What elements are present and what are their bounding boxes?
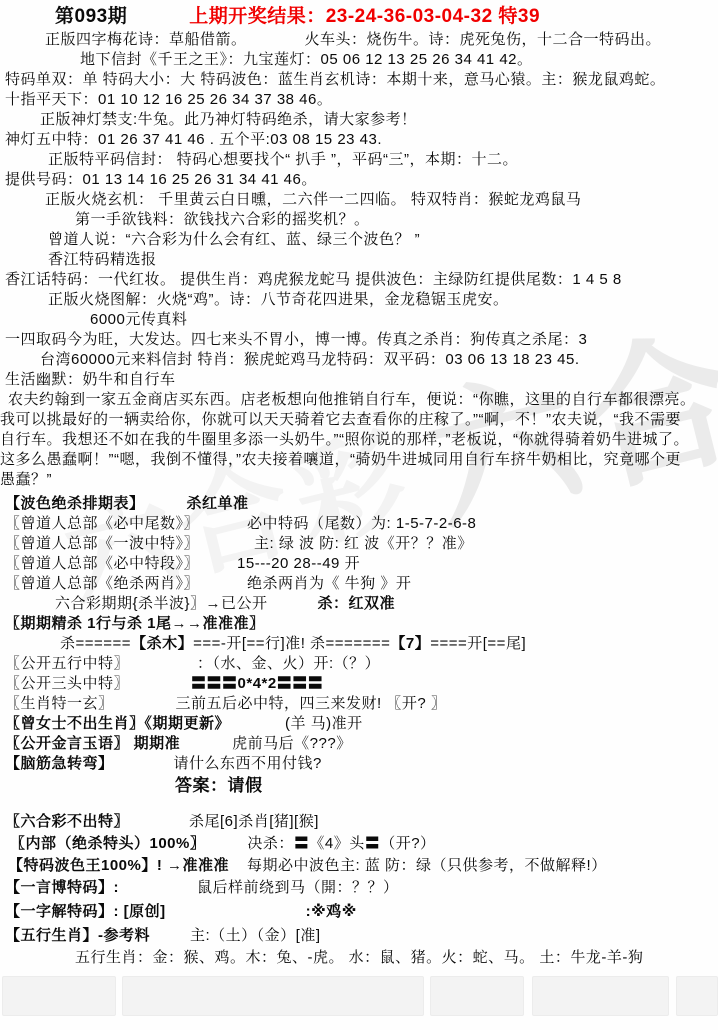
text-segment: 每期必中波色主: 蓝 防：绿（只供参考，不做解释!） bbox=[247, 856, 607, 876]
text-segment: 正版神灯禁支:牛兔。此乃神灯特码绝杀，请大家参考！ bbox=[40, 110, 417, 130]
text-segment: 【脑筋急转弯】 bbox=[5, 754, 114, 774]
text-line: 地下信封《千王之王》：九宝莲灯：05 06 12 13 25 26 34 41 … bbox=[0, 50, 718, 70]
text-segment: 【一言博特码】: bbox=[5, 878, 119, 898]
text-segment: 香江话特码：一代红妆。 提供生肖：鸡虎猴龙蛇马 提供波色：主绿防红提供尾数：1 … bbox=[5, 270, 622, 290]
lottery-tip-sheet: 六合彩 六合彩 第093期上期开奖结果：23-24-36-03-04-32 特3… bbox=[0, 0, 718, 1030]
text-segment: 绝杀两肖为《 牛狗 》开 bbox=[247, 574, 411, 594]
text-line: 正版神灯禁支:牛兔。此乃神灯特码绝杀，请大家参考！ bbox=[0, 110, 718, 130]
text-segment: 正版火烧玄机： 千里黄云白日曛，二六伴一二四临。 特双特肖：猴蛇龙鸡鼠马 bbox=[45, 190, 581, 210]
text-line: 台湾60000元来料信封 特肖：猴虎蛇鸡马龙特码：双平码：03 06 13 18… bbox=[0, 350, 718, 370]
text-segment: 主: 绿 波 防: 红 波《开？？准》 bbox=[254, 534, 473, 554]
text-line: 提供号码：01 13 14 16 25 26 31 34 41 46。 bbox=[0, 170, 718, 190]
text-segment: 〖公开金言玉语〗 期期准 bbox=[5, 734, 180, 754]
text-segment: 三前五后必中特，四三来发财! 〖开? 〗 bbox=[176, 694, 447, 714]
text-line: 农夫约翰到一家五金商店买东西。店老板想向他推销自行车，便说：“你瞧，这里的自行车… bbox=[0, 390, 718, 410]
text-line: 第一手欲钱料：欲钱找六合彩的摇奖机？。 bbox=[0, 210, 718, 230]
text-segment: 〓〓〓0*4*2〓〓〓 bbox=[191, 674, 323, 694]
text-segment: 6000元传真料 bbox=[90, 310, 187, 330]
text-segment: 正版四字梅花诗：草船借箭。 bbox=[45, 30, 247, 50]
text-line: 〖公开金言玉语〗 期期准虎前马后《???》 bbox=[0, 734, 718, 754]
text-segment: ====开[==尾] bbox=[430, 634, 526, 654]
text-line: 香江话特码：一代红妆。 提供生肖：鸡虎猴龙蛇马 提供波色：主绿防红提供尾数：1 … bbox=[0, 270, 718, 290]
text-segment: 鼠后样前绕到马（開：？？） bbox=[197, 878, 399, 898]
text-segment: ：（水、金、火）开:（？） bbox=[197, 654, 380, 674]
text-segment: 杀====== bbox=[60, 634, 131, 654]
text-segment: 15---20 28--49 开 bbox=[237, 554, 360, 574]
text-segment: 〖六合彩不出特〗 bbox=[5, 812, 129, 832]
text-segment: 【特码波色王100%】! →准准准 bbox=[8, 856, 229, 876]
text-line: 正版四字梅花诗：草船借箭。火车头：烧伤牛。诗：虎死兔伤，十二合一特码出。 bbox=[0, 30, 718, 50]
text-segment: 〖内部（绝杀特头）100%〗 bbox=[10, 834, 205, 854]
ghost-box bbox=[430, 976, 524, 1016]
text-segment: 〖曾女士不出生肖〗《期期更新》 bbox=[5, 714, 230, 734]
text-segment: 特码单双：单 特码大小：大 特码波色：蓝生肖玄机诗：本期十来，意马心猿。主：猴龙… bbox=[5, 70, 665, 90]
text-line: 【五行生肖】-参考料主:（土）（金）[准] bbox=[0, 926, 718, 946]
text-segment: 〖公开五行中特〗 bbox=[5, 654, 129, 674]
text-segment: 〖曾道人总部《一波中特》〗 bbox=[5, 534, 199, 554]
text-line: 正版火烧图解：火烧“鸡”。诗：八节奇花四进果，金龙稳锯玉虎安。 bbox=[0, 290, 718, 310]
text-line: 〖生肖特一玄〗三前五后必中特，四三来发财! 〖开? 〗 bbox=[0, 694, 718, 714]
text-line: 五行生肖：金：猴、鸡。木：兔、-虎。 水：鼠、猪。火：蛇、马。 土：牛龙-羊-狗 bbox=[0, 948, 718, 968]
text-segment: 〖生肖特一玄〗 bbox=[5, 694, 114, 714]
text-segment: 六合彩期期{杀半波}〗→已公开 bbox=[55, 594, 268, 614]
text-segment: 正版特平码信封： 特码心想要找个“ 扒手 ”，平码“三”，本期：十二。 bbox=[48, 150, 518, 170]
text-line: 曾道人说：“六合彩为什么会有红、蓝、绿三个波色？ ” bbox=[0, 230, 718, 250]
text-line: 〖公开三头中特〗〓〓〓0*4*2〓〓〓 bbox=[0, 674, 718, 694]
text-segment: 【一字解特码】: [原创] bbox=[5, 902, 166, 922]
text-line: 六合彩期期{杀半波}〗→已公开杀：红双准 bbox=[0, 594, 718, 614]
text-line: 〖内部（绝杀特头）100%〗决杀：〓《4》头〓（开?） bbox=[0, 834, 718, 854]
text-line: 我可以挑最好的一辆卖给你，你就可以天天骑着它去查看你的庄稼了。”“啊，不！”农夫… bbox=[0, 410, 718, 430]
text-segment: 火车头：烧伤牛。诗：虎死兔伤，十二合一特码出。 bbox=[305, 30, 662, 50]
text-segment: 愚蠢？” bbox=[0, 470, 52, 490]
text-segment: 提供号码：01 13 14 16 25 26 31 34 41 46。 bbox=[5, 170, 317, 190]
text-line: 6000元传真料 bbox=[0, 310, 718, 330]
text-line: 第093期上期开奖结果：23-24-36-03-04-32 特39 bbox=[0, 4, 718, 30]
text-line: 【脑筋急转弯】请什么东西不用付钱? bbox=[0, 754, 718, 774]
text-segment: 台湾60000元来料信封 特肖：猴虎蛇鸡马龙特码：双平码：03 06 13 18… bbox=[40, 350, 580, 370]
text-line: 〖期期精杀 1行与杀 1尾→→准准准〗 bbox=[0, 614, 718, 634]
text-segment: 生活幽默：奶牛和自行车 bbox=[5, 370, 176, 390]
text-segment: ===-开[==行]准! 杀======= bbox=[193, 634, 390, 654]
text-segment: 曾道人说：“六合彩为什么会有红、蓝、绿三个波色？ ” bbox=[48, 230, 420, 250]
faded-footer-row bbox=[0, 970, 718, 1018]
ghost-box bbox=[122, 976, 424, 1016]
text-segment: 自行车。我想还不如在我的牛圈里多添一头奶牛。”“照你说的那样，”老板说，“你就得… bbox=[0, 430, 689, 450]
text-segment: 〖公开三头中特〗 bbox=[5, 674, 129, 694]
text-segment: :※鸡※ bbox=[306, 902, 357, 922]
text-line: 特码单双：单 特码大小：大 特码波色：蓝生肖玄机诗：本期十来，意马心猿。主：猴龙… bbox=[0, 70, 718, 90]
text-segment: (羊 马)准开 bbox=[285, 714, 363, 734]
ghost-box bbox=[532, 976, 669, 1016]
text-line: 自行车。我想还不如在我的牛圈里多添一头奶牛。”“照你说的那样，”老板说，“你就得… bbox=[0, 430, 718, 450]
text-segment: 【五行生肖】-参考料 bbox=[5, 926, 150, 946]
text-line: 〖曾道人总部《一波中特》〗主: 绿 波 防: 红 波《开？？准》 bbox=[0, 534, 718, 554]
text-segment: 〖期期精杀 1行与杀 1尾→→准准准〗 bbox=[5, 614, 265, 634]
text-line: 这多么愚蠢啊！”“嗯，我倒不懂得，”农夫接着嚷道，“骑奶牛进城同用自行车挤牛奶相… bbox=[0, 450, 718, 470]
text-segment: 决杀：〓《4》头〓（开?） bbox=[247, 834, 435, 854]
text-segment: 答案：请假 bbox=[175, 776, 263, 796]
text-line: 杀======【杀木】===-开[==行]准! 杀=======【7】====开… bbox=[0, 634, 718, 654]
text-line: 【一字解特码】: [原创]:※鸡※ bbox=[0, 902, 718, 922]
text-line: 愚蠢？” bbox=[0, 470, 718, 490]
text-line: 生活幽默：奶牛和自行车 bbox=[0, 370, 718, 390]
text-line: 答案：请假 bbox=[0, 776, 718, 796]
text-line: 【波色绝杀排期表】杀红单准 bbox=[0, 494, 718, 514]
text-line: 〖曾道人总部《绝杀两肖》〗绝杀两肖为《 牛狗 》开 bbox=[0, 574, 718, 594]
text-line: 〖曾道人总部《必中尾数》〗必中特码（尾数）为: 1-5-7-2-6-8 bbox=[0, 514, 718, 534]
text-line: 【一言博特码】:鼠后样前绕到马（開：？？） bbox=[0, 878, 718, 898]
ghost-box bbox=[2, 976, 116, 1016]
text-segment: 请什么东西不用付钱? bbox=[174, 754, 322, 774]
text-segment: 正版火烧图解：火烧“鸡”。诗：八节奇花四进果，金龙稳锯玉虎安。 bbox=[48, 290, 509, 310]
text-segment: 十指平天下：01 10 12 16 25 26 34 37 38 46。 bbox=[5, 90, 332, 110]
text-segment: 第一手欲钱料：欲钱找六合彩的摇奖机？。 bbox=[75, 210, 370, 230]
text-segment: 主:（土）（金）[准] bbox=[190, 926, 321, 946]
text-segment: 【杀木】 bbox=[131, 634, 193, 654]
text-segment: 农夫约翰到一家五金商店买东西。店老板想向他推销自行车，便说：“你瞧，这里的自行车… bbox=[8, 390, 696, 410]
text-line: 【特码波色王100%】! →准准准每期必中波色主: 蓝 防：绿（只供参考，不做解… bbox=[0, 856, 718, 876]
text-segment: 〖曾道人总部《必中特段》〗 bbox=[5, 554, 199, 574]
text-segment: 〖曾道人总部《必中尾数》〗 bbox=[5, 514, 199, 534]
text-segment: 【7】 bbox=[390, 634, 430, 654]
ghost-box bbox=[676, 976, 718, 1016]
text-segment: 上期开奖结果：23-24-36-03-04-32 特39 bbox=[189, 4, 540, 30]
text-segment: 杀尾[6]杀肖[猪][猴] bbox=[189, 812, 319, 832]
text-segment: 第093期 bbox=[55, 4, 127, 30]
text-segment: 我可以挑最好的一辆卖给你，你就可以天天骑着它去查看你的庄稼了。”“啊，不！”农夫… bbox=[0, 410, 681, 430]
text-line: 〖公开五行中特〗：（水、金、火）开:（？） bbox=[0, 654, 718, 674]
text-segment: 【波色绝杀排期表】 bbox=[5, 494, 145, 514]
document-lines: 第093期上期开奖结果：23-24-36-03-04-32 特39正版四字梅花诗… bbox=[0, 0, 718, 968]
text-line: 〖六合彩不出特〗杀尾[6]杀肖[猪][猴] bbox=[0, 812, 718, 832]
text-line: 香江特码精选报 bbox=[0, 250, 718, 270]
text-segment: 〖曾道人总部《绝杀两肖》〗 bbox=[5, 574, 199, 594]
text-segment: 虎前马后《???》 bbox=[232, 734, 352, 754]
text-segment: 杀：红双准 bbox=[318, 594, 396, 614]
text-line: 〖曾道人总部《必中特段》〗15---20 28--49 开 bbox=[0, 554, 718, 574]
text-line: 正版特平码信封： 特码心想要找个“ 扒手 ”，平码“三”，本期：十二。 bbox=[0, 150, 718, 170]
text-segment: 必中特码（尾数）为: 1-5-7-2-6-8 bbox=[247, 514, 476, 534]
text-segment: 神灯五中特：01 26 37 41 46 . 五个平:03 08 15 23 4… bbox=[5, 130, 382, 150]
text-segment: 这多么愚蠢啊！”“嗯，我倒不懂得，”农夫接着嚷道，“骑奶牛进城同用自行车挤牛奶相… bbox=[0, 450, 681, 470]
text-segment: 香江特码精选报 bbox=[48, 250, 157, 270]
text-segment: 五行生肖：金：猴、鸡。木：兔、-虎。 水：鼠、猪。火：蛇、马。 土：牛龙-羊-狗 bbox=[75, 948, 643, 968]
text-line: 十指平天下：01 10 12 16 25 26 34 37 38 46。 bbox=[0, 90, 718, 110]
text-segment: 一四取码今为旺，大发达。四七来头不胃小，博一博。传真之杀肖：狗传真之杀尾：3 bbox=[5, 330, 587, 350]
text-line: 一四取码今为旺，大发达。四七来头不胃小，博一博。传真之杀肖：狗传真之杀尾：3 bbox=[0, 330, 718, 350]
text-line: 正版火烧玄机： 千里黄云白日曛，二六伴一二四临。 特双特肖：猴蛇龙鸡鼠马 bbox=[0, 190, 718, 210]
text-line: 神灯五中特：01 26 37 41 46 . 五个平:03 08 15 23 4… bbox=[0, 130, 718, 150]
text-segment: 地下信封《千王之王》：九宝莲灯：05 06 12 13 25 26 34 41 … bbox=[80, 50, 533, 70]
text-segment: 杀红单准 bbox=[187, 494, 249, 514]
text-line: 〖曾女士不出生肖〗《期期更新》(羊 马)准开 bbox=[0, 714, 718, 734]
